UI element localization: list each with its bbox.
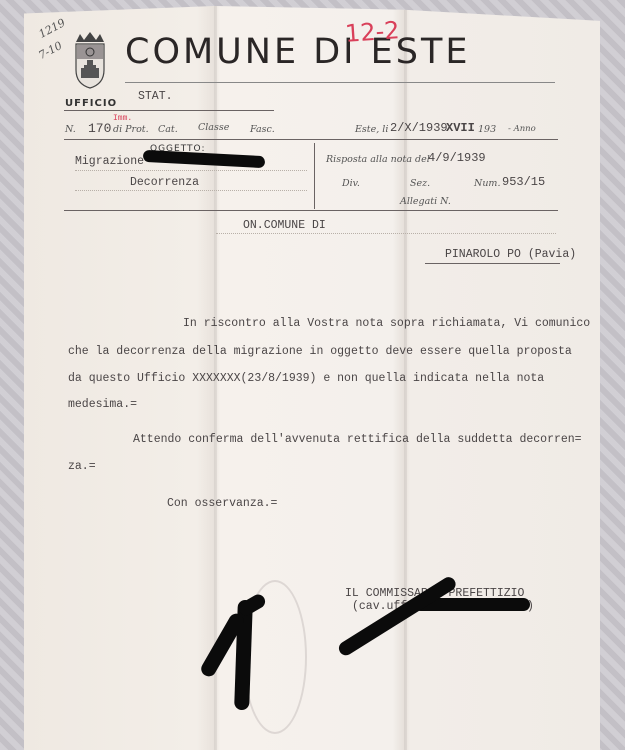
box-bottom-rule — [64, 210, 558, 211]
ufficio-label: UFFICIO — [65, 98, 117, 109]
letterhead-rule — [125, 82, 555, 83]
date-value: 2/X/1939 — [390, 121, 448, 135]
ufficio-value: STAT. — [138, 90, 173, 103]
oggetto-line1: Migrazione — [75, 155, 144, 168]
date-place-label: Este, li — [355, 124, 388, 135]
letterhead-title: COMUNE DI ESTE — [125, 32, 470, 72]
date-anno-label: - Anno — [508, 124, 536, 134]
date-era: XVII — [446, 121, 475, 135]
box-divider — [314, 143, 315, 209]
protocol-n-label: N. — [65, 124, 76, 135]
red-annotation: 12-2 — [344, 16, 400, 48]
reply-sez-label: Sez. — [410, 178, 430, 189]
addressee-line1: ON.COMUNE DI — [243, 219, 326, 232]
reply-num-value: 953/15 — [502, 175, 545, 189]
ufficio-rule — [64, 110, 274, 111]
body-line: Attendo conferma dell'avvenuta rettifica… — [133, 433, 582, 446]
reply-risposta-label: Risposta alla nota del — [326, 154, 430, 165]
body-line: da questo Ufficio XXXXXXX(23/8/1939) e n… — [68, 372, 544, 385]
reply-div-label: Div. — [342, 178, 360, 189]
oggetto-dotline — [75, 170, 307, 171]
protocol-number: 170 — [88, 121, 111, 136]
body-line: za.= — [68, 460, 96, 473]
body-line: che la decorrenza della migrazione in og… — [68, 345, 572, 358]
closing-line: Con osservanza.= — [167, 497, 277, 510]
body-line: In riscontro alla Vostra nota sopra rich… — [183, 317, 590, 330]
addressee-dotline — [216, 233, 556, 234]
protocol-prot-label: di Prot. — [113, 124, 149, 135]
oggetto-line2: Decorrenza — [130, 176, 199, 189]
box-top-rule — [64, 139, 558, 140]
protocol-superscript: Imm. — [113, 114, 132, 123]
date-year-prefix: 193 — [478, 124, 496, 135]
coat-of-arms-icon — [72, 30, 108, 90]
protocol-cat-label: Cat. — [158, 124, 178, 135]
oggetto-dotline — [75, 190, 307, 191]
protocol-classe-label: Classe — [198, 122, 229, 133]
protocol-fasc-label: Fasc. — [250, 124, 275, 135]
body-line: medesima.= — [68, 398, 137, 411]
reply-risposta-date: 4/9/1939 — [428, 151, 486, 165]
reply-allegati-label: Allegati N. — [400, 196, 451, 207]
addressee-line2: PINAROLO PO (Pavia) — [445, 248, 576, 261]
addressee-rule — [425, 263, 560, 264]
reply-num-label: Num. — [474, 178, 500, 189]
